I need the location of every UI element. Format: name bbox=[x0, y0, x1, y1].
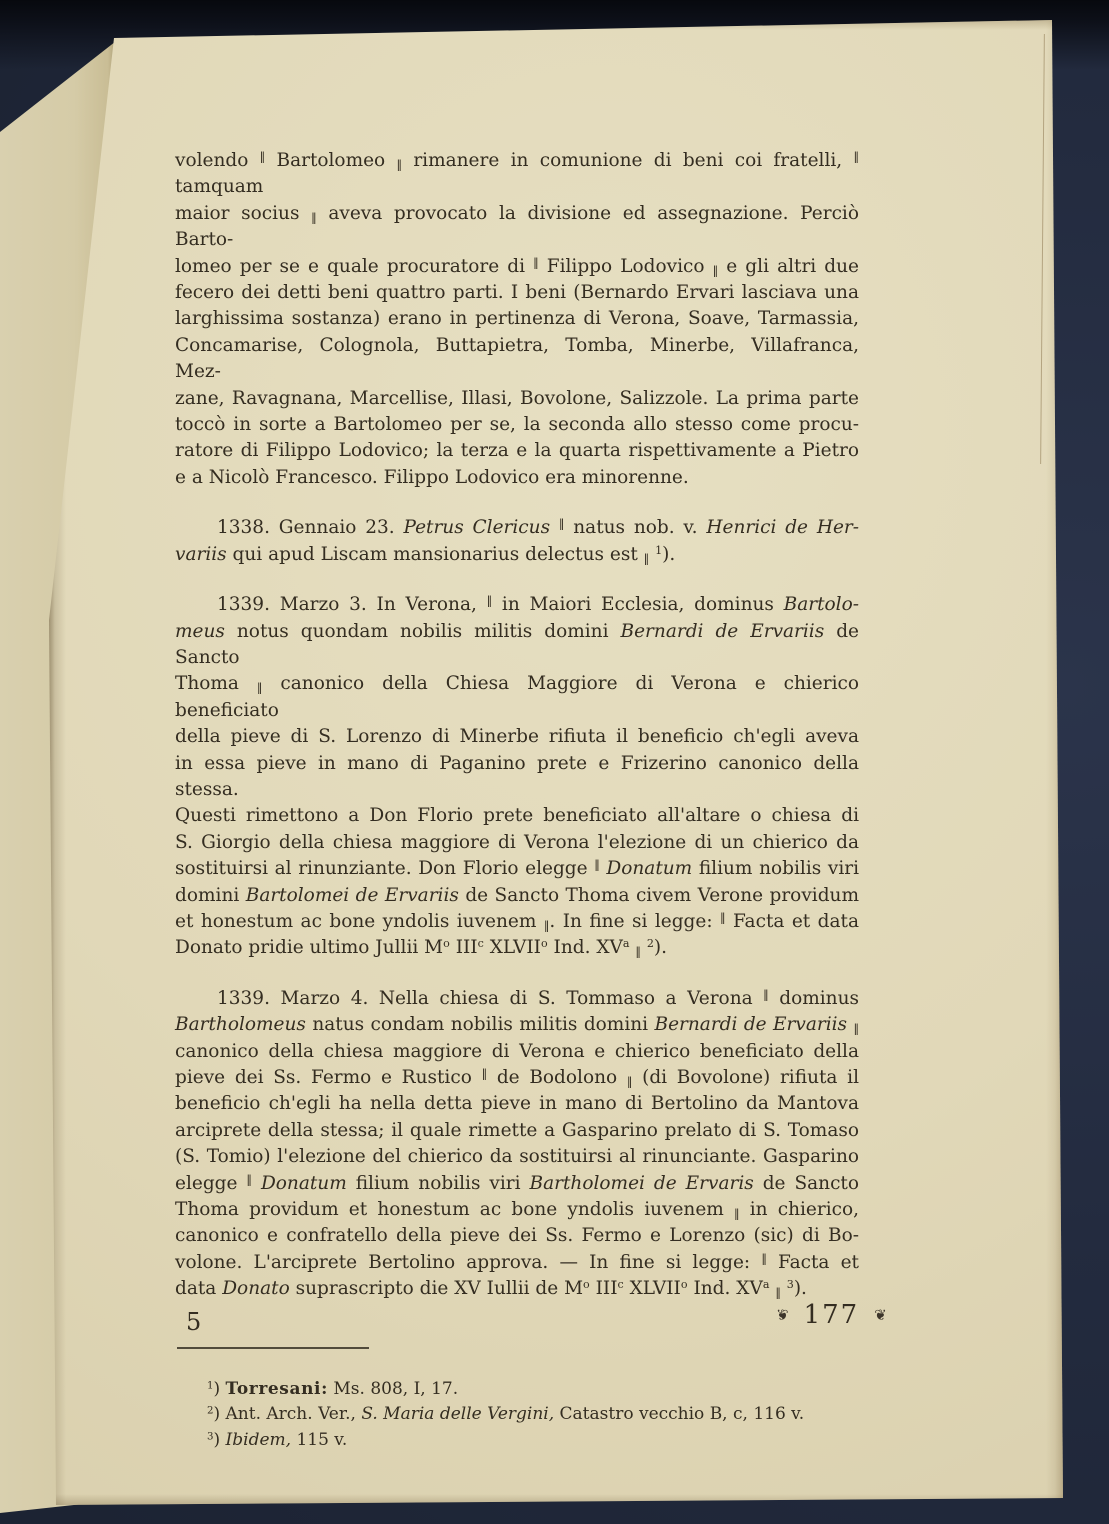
quote-close-mark: ‖ bbox=[644, 552, 650, 565]
fleuron-icon: ❦ bbox=[776, 1306, 789, 1324]
text-line: toccò in sorte a Bartolomeo per se, la s… bbox=[175, 412, 859, 438]
quote-open-mark: ‖ bbox=[559, 518, 565, 531]
text-line: meus notus quondam nobilis militis domin… bbox=[175, 619, 859, 672]
text-line: volendo ‖ Bartolomeo ‖ rimanere in comun… bbox=[175, 148, 859, 201]
page-number-left: 5 bbox=[186, 1308, 201, 1336]
text-line: Thoma ‖ canonico della Chiesa Maggiore d… bbox=[175, 671, 859, 724]
text-line: Concamarise, Colognola, Buttapietra, Tom… bbox=[175, 333, 859, 386]
page-number-right: ❦ 177 ❦ bbox=[776, 1300, 887, 1330]
quote-close-mark: ‖ bbox=[544, 919, 550, 932]
page-number-right-value: 177 bbox=[804, 1300, 860, 1330]
book-page: volendo ‖ Bartolomeo ‖ rimanere in comun… bbox=[48, 20, 1064, 1506]
text-line: 1338. Gennaio 23. Petrus Clericus ‖ natu… bbox=[175, 515, 859, 541]
photo-of-book: { "colors": { "background_navy": "#1c233… bbox=[0, 0, 1109, 1524]
paragraph: 1338. Gennaio 23. Petrus Clericus ‖ natu… bbox=[175, 515, 859, 568]
footnote: 3) Ibidem, 115 v. bbox=[207, 1428, 859, 1454]
text-line: volone. L'arciprete Bertolino approva. —… bbox=[175, 1250, 859, 1276]
quote-open-mark: ‖ bbox=[853, 150, 859, 163]
text-line: S. Giorgio della chiesa maggiore di Vero… bbox=[175, 830, 859, 856]
quote-close-mark: ‖ bbox=[396, 158, 402, 171]
quote-close-mark: ‖ bbox=[713, 264, 719, 277]
text-line: della pieve di S. Lorenzo di Minerbe rif… bbox=[175, 724, 859, 750]
text-line: (S. Tomio) l'elezione del chierico da so… bbox=[175, 1144, 859, 1170]
text-line: Bartholomeus natus condam nobilis militi… bbox=[175, 1012, 859, 1038]
text-line: ratore di Filippo Lodovico; la terza e l… bbox=[175, 438, 859, 464]
quote-open-mark: ‖ bbox=[533, 256, 539, 269]
text-line: canonico della chiesa maggiore di Verona… bbox=[175, 1039, 859, 1065]
text-line: canonico e confratello della pieve dei S… bbox=[175, 1223, 859, 1249]
text-line: Questi rimettono a Don Florio prete bene… bbox=[175, 803, 859, 829]
quote-open-mark: ‖ bbox=[246, 1173, 252, 1186]
text-line: e a Nicolò Francesco. Filippo Lodovico e… bbox=[175, 465, 859, 491]
quote-open-mark: ‖ bbox=[763, 988, 769, 1001]
quote-open-mark: ‖ bbox=[487, 595, 493, 608]
text-line: Thoma providum et honestum ac bone yndol… bbox=[175, 1197, 859, 1223]
text-line: Donato pridie ultimo Jullii Mo IIIc XLVI… bbox=[175, 935, 859, 961]
text-line: variis qui apud Liscam mansionarius dele… bbox=[175, 542, 859, 568]
quote-close-mark: ‖ bbox=[734, 1207, 740, 1220]
text-line: 1339. Marzo 4. Nella chiesa di S. Tommas… bbox=[175, 986, 859, 1012]
quote-close-mark: ‖ bbox=[635, 946, 641, 959]
quote-close-mark: ‖ bbox=[853, 1023, 859, 1036]
quote-open-mark: ‖ bbox=[720, 911, 726, 924]
text-line: 1339. Marzo 3. In Verona, ‖ in Maiori Ec… bbox=[175, 592, 859, 618]
quote-open-mark: ‖ bbox=[260, 150, 266, 163]
text-line: fecero dei detti beni quattro parti. I b… bbox=[175, 280, 859, 306]
text-line: lomeo per se e quale procuratore di ‖ Fi… bbox=[175, 254, 859, 280]
text-line: data Donato suprascripto die XV Iullii d… bbox=[175, 1276, 859, 1302]
text-line: maior socius ‖ aveva provocato la divisi… bbox=[175, 201, 859, 254]
quote-close-mark: ‖ bbox=[311, 211, 317, 224]
paragraph: volendo ‖ Bartolomeo ‖ rimanere in comun… bbox=[175, 148, 859, 491]
quote-close-mark: ‖ bbox=[257, 682, 263, 695]
text-line: domini Bartolomei de Ervariis de Sancto … bbox=[175, 883, 859, 909]
quote-open-mark: ‖ bbox=[761, 1252, 767, 1265]
text-line: sostituirsi al rinunziante. Don Florio e… bbox=[175, 856, 859, 882]
quote-open-mark: ‖ bbox=[482, 1067, 488, 1080]
text-line: pieve dei Ss. Fermo e Rustico ‖ de Bodol… bbox=[175, 1065, 859, 1091]
text-line: beneficio ch'egli ha nella detta pieve i… bbox=[175, 1091, 859, 1117]
footnotes: 1) Torresani: Ms. 808, I, 17.2) Ant. Arc… bbox=[175, 1377, 859, 1454]
text-block: volendo ‖ Bartolomeo ‖ rimanere in comun… bbox=[175, 148, 859, 1453]
text-line: in essa pieve in mano di Paganino prete … bbox=[175, 751, 859, 804]
quote-open-mark: ‖ bbox=[594, 859, 600, 872]
paragraph: 1339. Marzo 3. In Verona, ‖ in Maiori Ec… bbox=[175, 592, 859, 962]
footnote: 1) Torresani: Ms. 808, I, 17. bbox=[207, 1377, 859, 1403]
text-line: et honestum ac bone yndolis iuvenem ‖. I… bbox=[175, 909, 859, 935]
paragraph: 1339. Marzo 4. Nella chiesa di S. Tommas… bbox=[175, 986, 859, 1303]
text-line: larghissima sostanza) erano in pertinenz… bbox=[175, 306, 859, 332]
text-line: zane, Ravagnana, Marcellise, Illasi, Bov… bbox=[175, 386, 859, 412]
fleuron-icon: ❦ bbox=[874, 1306, 887, 1324]
text-line: elegge ‖ Donatum filium nobilis viri Bar… bbox=[175, 1171, 859, 1197]
footnote-separator bbox=[177, 1347, 369, 1349]
text-line: arciprete della stessa; il quale rimette… bbox=[175, 1118, 859, 1144]
quote-close-mark: ‖ bbox=[627, 1075, 633, 1088]
page-stack-edge bbox=[1040, 34, 1045, 464]
quote-close-mark: ‖ bbox=[775, 1287, 781, 1300]
footnote: 2) Ant. Arch. Ver., S. Maria delle Vergi… bbox=[207, 1402, 859, 1428]
